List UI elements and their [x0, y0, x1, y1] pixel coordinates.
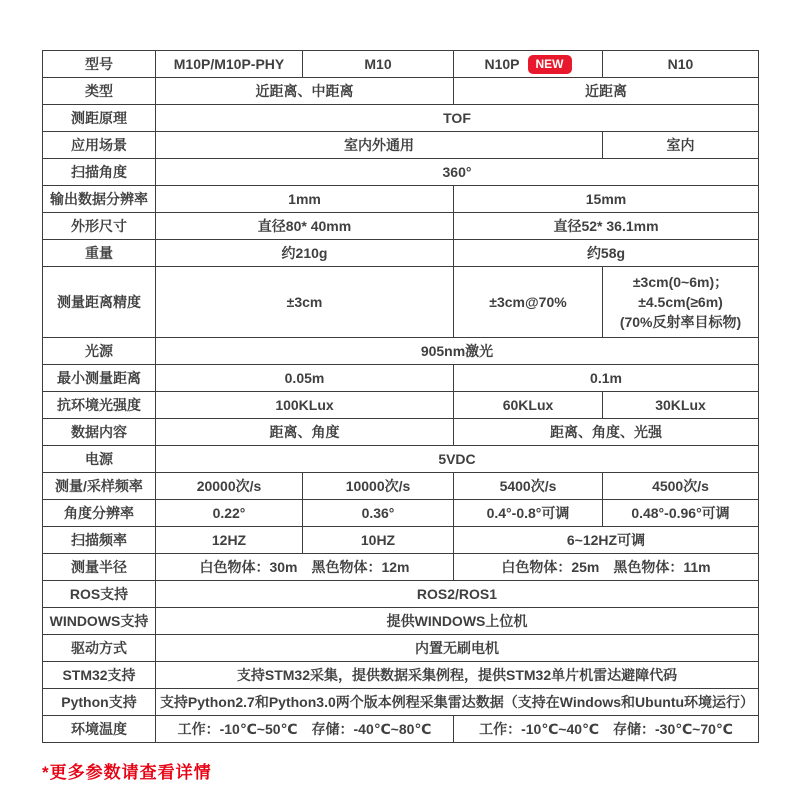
spec-table-body: 型号M10P/M10P-PHYM10N10PNEWN10类型近距离、中距离近距离…	[43, 51, 759, 743]
spec-cell: 6~12HZ可调	[454, 527, 759, 554]
more-params-note: *更多参数请查看详情	[42, 758, 212, 783]
spec-cell: 360°	[156, 159, 759, 186]
row-label: 数据内容	[43, 419, 156, 446]
spec-cell: 0.4°-0.8°可调	[454, 500, 603, 527]
spec-value: ±3cm@70%	[489, 294, 566, 310]
row-label: 最小测量距离	[43, 365, 156, 392]
spec-cell: 工作：-10℃~50℃ 存储：-40℃~80℃	[156, 716, 454, 743]
spec-value: 室内	[667, 137, 695, 153]
spec-cell: 0.1m	[454, 365, 759, 392]
table-row: 抗环境光强度100KLux60KLux30KLux	[43, 392, 759, 419]
spec-cell: ±3cm(0~6m)； ±4.5cm(≥6m) (70%反射率目标物)	[603, 267, 759, 338]
spec-cell: 12HZ	[156, 527, 303, 554]
spec-cell: 10000次/s	[303, 473, 454, 500]
spec-cell: TOF	[156, 105, 759, 132]
spec-value: 0.22°	[213, 505, 246, 521]
spec-cell: 15mm	[454, 186, 759, 213]
spec-value: 60KLux	[503, 397, 554, 413]
spec-value: 10HZ	[361, 532, 395, 548]
spec-value: 室内外通用	[344, 137, 414, 153]
spec-value: 12HZ	[212, 532, 246, 548]
spec-cell: M10	[303, 51, 454, 78]
row-label: 扫描频率	[43, 527, 156, 554]
spec-cell: 4500次/s	[603, 473, 759, 500]
spec-cell: 白色物体：30m 黑色物体：12m	[156, 554, 454, 581]
spec-value: ±3cm(0~6m)； ±4.5cm(≥6m) (70%反射率目标物)	[620, 274, 741, 331]
spec-cell: 提供WINDOWS上位机	[156, 608, 759, 635]
table-row: 外形尺寸直径80* 40mm直径52* 36.1mm	[43, 213, 759, 240]
table-row: 角度分辨率0.22°0.36°0.4°-0.8°可调0.48°-0.96°可调	[43, 500, 759, 527]
spec-value: TOF	[443, 110, 471, 126]
spec-value: N10	[668, 56, 694, 72]
table-row: 环境温度工作：-10℃~50℃ 存储：-40℃~80℃工作：-10℃~40℃ 存…	[43, 716, 759, 743]
spec-value: 近距离、中距离	[256, 83, 354, 99]
row-label: 重量	[43, 240, 156, 267]
spec-cell: N10	[603, 51, 759, 78]
spec-value: 工作：-10℃~50℃ 存储：-40℃~80℃	[178, 721, 432, 737]
spec-value: 20000次/s	[197, 478, 262, 494]
table-row: 扫描角度360°	[43, 159, 759, 186]
row-label: 测量/采样频率	[43, 473, 156, 500]
spec-cell: 约58g	[454, 240, 759, 267]
table-row: 类型近距离、中距离近距离	[43, 78, 759, 105]
row-label: Python支持	[43, 689, 156, 716]
table-row: 输出数据分辨率1mm15mm	[43, 186, 759, 213]
table-row: 测量半径白色物体：30m 黑色物体：12m白色物体：25m 黑色物体：11m	[43, 554, 759, 581]
spec-value: 白色物体：25m 黑色物体：11m	[501, 559, 710, 575]
table-row: 扫描频率12HZ10HZ6~12HZ可调	[43, 527, 759, 554]
spec-value: 距离、角度	[270, 424, 340, 440]
spec-value: 距离、角度、光强	[550, 424, 662, 440]
table-row: 测量/采样频率20000次/s10000次/s5400次/s4500次/s	[43, 473, 759, 500]
spec-cell: 支持Python2.7和Python3.0两个版本例程采集雷达数据（支持在Win…	[156, 689, 759, 716]
table-row: 应用场景室内外通用室内	[43, 132, 759, 159]
row-label: 输出数据分辨率	[43, 186, 156, 213]
spec-value: 0.1m	[590, 370, 622, 386]
row-label: 电源	[43, 446, 156, 473]
spec-value: 支持Python2.7和Python3.0两个版本例程采集雷达数据（支持在Win…	[160, 694, 754, 710]
spec-cell: 直径52* 36.1mm	[454, 213, 759, 240]
spec-cell: 内置无刷电机	[156, 635, 759, 662]
row-label: 扫描角度	[43, 159, 156, 186]
spec-cell: 距离、角度、光强	[454, 419, 759, 446]
spec-cell: 距离、角度	[156, 419, 454, 446]
spec-value: 30KLux	[655, 397, 706, 413]
spec-cell: 0.48°-0.96°可调	[603, 500, 759, 527]
spec-value: 直径52* 36.1mm	[553, 218, 658, 234]
row-label: 角度分辨率	[43, 500, 156, 527]
spec-value: 5VDC	[438, 451, 475, 467]
spec-cell: 工作：-10℃~40℃ 存储：-30℃~70℃	[454, 716, 759, 743]
spec-cell: 室内外通用	[156, 132, 603, 159]
spec-cell: 100KLux	[156, 392, 454, 419]
new-badge: NEW	[528, 55, 572, 74]
spec-value: 约58g	[587, 245, 625, 261]
row-label: 抗环境光强度	[43, 392, 156, 419]
row-label: ROS支持	[43, 581, 156, 608]
spec-cell: 60KLux	[454, 392, 603, 419]
table-row: STM32支持支持STM32采集，提供数据采集例程，提供STM32单片机雷达避障…	[43, 662, 759, 689]
row-label: 外形尺寸	[43, 213, 156, 240]
spec-value: M10P/M10P-PHY	[174, 56, 284, 72]
table-row: 最小测量距离0.05m0.1m	[43, 365, 759, 392]
spec-value: 100KLux	[275, 397, 333, 413]
spec-cell: 0.36°	[303, 500, 454, 527]
spec-value: 白色物体：30m 黑色物体：12m	[199, 559, 409, 575]
table-row: 光源905nm激光	[43, 338, 759, 365]
spec-sheet-page: 型号M10P/M10P-PHYM10N10PNEWN10类型近距离、中距离近距离…	[0, 0, 800, 800]
spec-value: 支持STM32采集，提供数据采集例程，提供STM32单片机雷达避障代码	[237, 667, 677, 683]
spec-cell: 0.05m	[156, 365, 454, 392]
spec-cell: 30KLux	[603, 392, 759, 419]
spec-cell: 约210g	[156, 240, 454, 267]
spec-cell: 905nm激光	[156, 338, 759, 365]
spec-cell: 直径80* 40mm	[156, 213, 454, 240]
row-label: 应用场景	[43, 132, 156, 159]
spec-cell: 支持STM32采集，提供数据采集例程，提供STM32单片机雷达避障代码	[156, 662, 759, 689]
spec-cell: 1mm	[156, 186, 454, 213]
row-label: WINDOWS支持	[43, 608, 156, 635]
spec-value: 905nm激光	[421, 343, 493, 359]
table-row: WINDOWS支持提供WINDOWS上位机	[43, 608, 759, 635]
spec-value: 0.05m	[285, 370, 325, 386]
spec-cell: 白色物体：25m 黑色物体：11m	[454, 554, 759, 581]
spec-cell: ±3cm	[156, 267, 454, 338]
spec-value: 10000次/s	[346, 478, 411, 494]
spec-value: 0.36°	[362, 505, 395, 521]
spec-cell: 近距离	[454, 78, 759, 105]
spec-value: 0.4°-0.8°可调	[487, 505, 570, 521]
spec-value: M10	[364, 56, 391, 72]
spec-cell: 5VDC	[156, 446, 759, 473]
spec-value: ROS2/ROS1	[417, 586, 497, 602]
row-label: 测量距离精度	[43, 267, 156, 338]
row-label: 测距原理	[43, 105, 156, 132]
spec-value: 6~12HZ可调	[567, 532, 645, 548]
table-row: 测距原理TOF	[43, 105, 759, 132]
spec-value: 15mm	[586, 191, 626, 207]
table-row: 型号M10P/M10P-PHYM10N10PNEWN10	[43, 51, 759, 78]
spec-cell: 0.22°	[156, 500, 303, 527]
spec-cell: 10HZ	[303, 527, 454, 554]
table-row: 重量约210g约58g	[43, 240, 759, 267]
table-row: 测量距离精度±3cm±3cm@70%±3cm(0~6m)； ±4.5cm(≥6m…	[43, 267, 759, 338]
spec-value: 4500次/s	[652, 478, 709, 494]
row-label: 型号	[43, 51, 156, 78]
table-row: ROS支持ROS2/ROS1	[43, 581, 759, 608]
row-label: 环境温度	[43, 716, 156, 743]
spec-value: N10P	[484, 56, 519, 72]
row-label: STM32支持	[43, 662, 156, 689]
spec-value: 约210g	[282, 245, 328, 261]
table-row: Python支持支持Python2.7和Python3.0两个版本例程采集雷达数…	[43, 689, 759, 716]
spec-value: 5400次/s	[500, 478, 557, 494]
spec-value: 0.48°-0.96°可调	[631, 505, 729, 521]
table-row: 电源5VDC	[43, 446, 759, 473]
table-row: 驱动方式内置无刷电机	[43, 635, 759, 662]
spec-value: 提供WINDOWS上位机	[387, 613, 528, 629]
spec-cell: N10PNEW	[454, 51, 603, 78]
spec-value: 360°	[443, 164, 472, 180]
product-spec-table: 型号M10P/M10P-PHYM10N10PNEWN10类型近距离、中距离近距离…	[42, 50, 759, 743]
row-label: 测量半径	[43, 554, 156, 581]
spec-value: 近距离	[585, 83, 627, 99]
spec-cell: M10P/M10P-PHY	[156, 51, 303, 78]
spec-cell: 室内	[603, 132, 759, 159]
table-row: 数据内容距离、角度距离、角度、光强	[43, 419, 759, 446]
spec-value: 内置无刷电机	[415, 640, 499, 656]
spec-cell: 20000次/s	[156, 473, 303, 500]
row-label: 光源	[43, 338, 156, 365]
spec-cell: 5400次/s	[454, 473, 603, 500]
spec-value: ±3cm	[287, 294, 323, 310]
row-label: 类型	[43, 78, 156, 105]
spec-value: 直径80* 40mm	[258, 218, 351, 234]
spec-cell: ±3cm@70%	[454, 267, 603, 338]
row-label: 驱动方式	[43, 635, 156, 662]
spec-cell: 近距离、中距离	[156, 78, 454, 105]
spec-value: 1mm	[288, 191, 321, 207]
spec-cell: ROS2/ROS1	[156, 581, 759, 608]
spec-value: 工作：-10℃~40℃ 存储：-30℃~70℃	[479, 721, 733, 737]
